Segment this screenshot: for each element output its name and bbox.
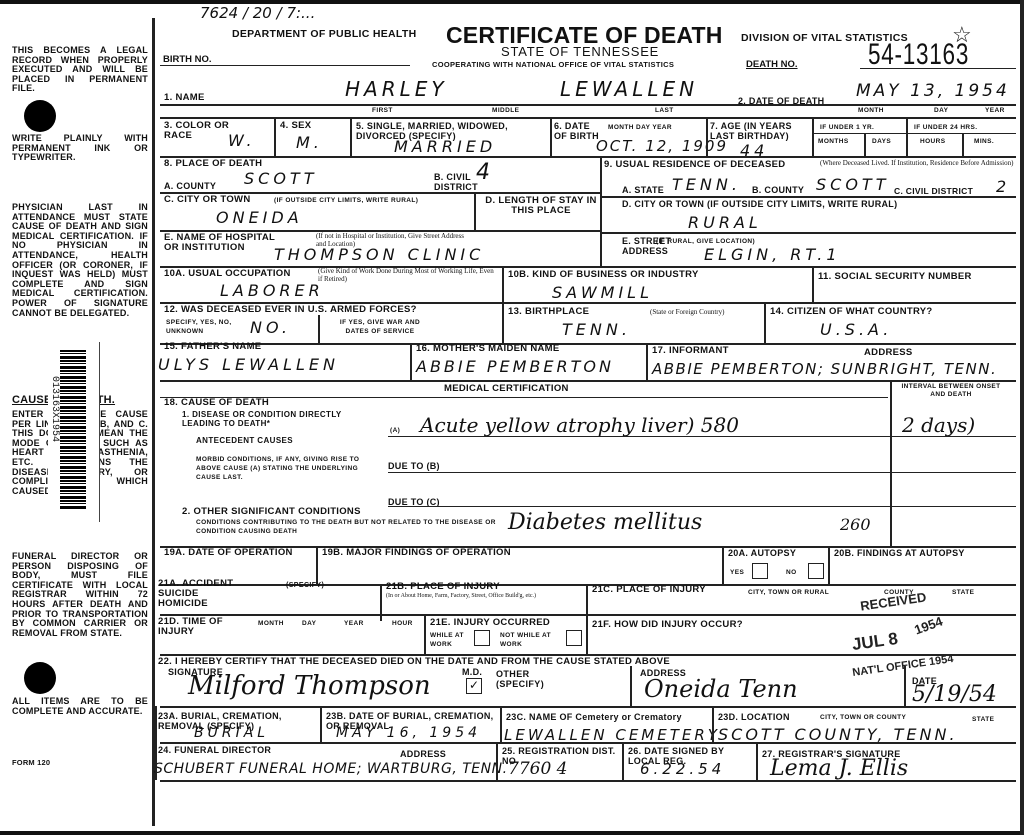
divider bbox=[622, 742, 624, 780]
funeral-director-value[interactable]: SCHUBERT FUNERAL HOME; WARTBURG, TENN. bbox=[154, 760, 508, 778]
mins-sublabel: MINS. bbox=[974, 138, 994, 145]
birthplace-value[interactable]: TENN. bbox=[562, 321, 631, 339]
while-at-work-checkbox[interactable] bbox=[474, 630, 490, 646]
informant-address-label: ADDRESS bbox=[864, 348, 913, 358]
armed-forces-label: 12. WAS DECEASED EVER IN U.S. ARMED FORC… bbox=[164, 305, 417, 315]
divider bbox=[350, 117, 352, 156]
registrar-signature[interactable]: Lema J. Ellis bbox=[770, 758, 908, 780]
divider bbox=[496, 742, 498, 780]
day-sublabel: DAY bbox=[934, 107, 948, 114]
mother-label: 16. MOTHER'S MAIDEN NAME bbox=[416, 344, 560, 354]
barcode-icon bbox=[60, 350, 86, 510]
name-last-value[interactable]: LEWALLEN bbox=[560, 80, 698, 98]
business-value[interactable]: SAWMILL bbox=[552, 284, 653, 302]
divider bbox=[812, 133, 1016, 134]
autopsy-findings-label: 20B. FINDINGS AT AUTOPSY bbox=[834, 548, 965, 558]
location-label: 23D. LOCATION bbox=[718, 712, 790, 722]
cause-a-value[interactable]: Acute yellow atrophy liver) 580 bbox=[420, 414, 739, 436]
place-of-death-label: 8. PLACE OF DEATH bbox=[164, 159, 262, 169]
divider bbox=[890, 380, 892, 546]
informant-value[interactable]: ABBIE PEMBERTON; SUNBRIGHT, TENN. bbox=[652, 360, 997, 378]
divider bbox=[860, 68, 1016, 69]
cause-of-death-label: 18. CAUSE OF DEATH bbox=[164, 398, 269, 408]
other-conditions-label: 2. OTHER SIGNIFICANT CONDITIONS bbox=[182, 507, 361, 517]
divider bbox=[712, 706, 714, 742]
age-label: 7. AGE (IN YEARS LAST BIRTHDAY) bbox=[710, 121, 810, 141]
divider bbox=[828, 546, 830, 584]
left-margin-instructions: THIS BECOMES A LEGAL RECORD WHEN PROPERL… bbox=[0, 0, 152, 835]
time-col-year: YEAR bbox=[344, 620, 364, 627]
hospital-value[interactable]: THOMPSON CLINIC bbox=[274, 246, 484, 264]
burial-date-value[interactable]: MAY 16, 1954 bbox=[336, 724, 481, 742]
medical-certification-heading: MEDICAL CERTIFICATION bbox=[444, 384, 569, 394]
days-sublabel: DAYS bbox=[872, 138, 891, 145]
middle-sublabel: MIDDLE bbox=[492, 107, 519, 114]
funeral-director-address-label: ADDRESS bbox=[400, 749, 446, 759]
divider bbox=[756, 742, 758, 780]
divider bbox=[502, 302, 504, 343]
cooperating-office: COOPERATING WITH NATIONAL OFFICE OF VITA… bbox=[432, 60, 674, 69]
divider bbox=[600, 156, 602, 266]
date-signed-value[interactable]: 6.22.54 bbox=[640, 760, 725, 778]
race-value[interactable]: W. bbox=[228, 132, 256, 150]
divider bbox=[160, 104, 1016, 106]
death-no-label: DEATH NO. bbox=[746, 59, 798, 70]
scan-top-edge bbox=[0, 0, 1024, 4]
sex-value[interactable]: M. bbox=[296, 134, 323, 152]
res-civil-district-label: C. CIVIL DISTRICT bbox=[894, 186, 973, 196]
res-state-label: A. STATE bbox=[622, 185, 664, 195]
pod-county-label: A. COUNTY bbox=[164, 181, 216, 191]
under-1yr-label: IF UNDER 1 YR. bbox=[820, 124, 874, 131]
pod-city-label: C. CITY OR TOWN bbox=[164, 195, 250, 205]
war-dates-label: IF YES, GIVE WAR AND DATES OF SERVICE bbox=[330, 318, 430, 336]
birthplace-label: 13. BIRTHPLACE bbox=[508, 307, 589, 317]
divider bbox=[316, 546, 318, 584]
cemetery-label: 23C. NAME OF Cemetery or Crematory bbox=[506, 712, 682, 722]
hospital-label: E. NAME OF HOSPITAL OR INSTITUTION bbox=[164, 233, 284, 253]
year-stamp: 1954 bbox=[912, 614, 944, 638]
not-while-at-work-checkbox[interactable] bbox=[566, 630, 582, 646]
form-number: FORM 120 bbox=[12, 758, 148, 768]
length-of-stay-label: D. LENGTH OF STAY IN THIS PLACE bbox=[482, 196, 600, 216]
scan-bottom-edge bbox=[0, 831, 1024, 835]
months-sublabel: MONTHS bbox=[818, 138, 849, 145]
divider bbox=[962, 133, 964, 156]
location-sublabel: CITY, TOWN OR COUNTY bbox=[820, 714, 906, 721]
usual-residence-note: (Where Deceased Lived. If Institution, R… bbox=[820, 160, 1016, 168]
state-name: STATE OF TENNESSEE bbox=[501, 44, 659, 59]
father-value[interactable]: ULYS LEWALLEN bbox=[158, 356, 339, 374]
divider bbox=[586, 614, 588, 654]
certify-statement: 22. I HEREBY CERTIFY THAT THE DECEASED D… bbox=[158, 657, 670, 667]
birthplace-note: (State or Foreign Country) bbox=[650, 309, 724, 317]
autopsy-no-label: NO bbox=[786, 569, 797, 576]
divider bbox=[500, 706, 502, 742]
month-sublabel: MONTH bbox=[858, 107, 884, 114]
divider bbox=[160, 343, 1016, 345]
autopsy-yes-label: YES bbox=[730, 569, 744, 576]
date-stamp: JUL 8 bbox=[851, 629, 899, 655]
first-sublabel: FIRST bbox=[372, 107, 393, 114]
note-physician: PHYSICIAN LAST IN ATTENDANCE MUST STATE … bbox=[12, 203, 148, 318]
divider bbox=[160, 397, 888, 398]
res-civil-district-value[interactable]: 2 bbox=[996, 178, 1010, 196]
while-at-work-label: WHILE AT WORK bbox=[430, 631, 470, 649]
operation-findings-label: 19B. MAJOR FINDINGS OF OPERATION bbox=[322, 548, 511, 558]
divider bbox=[646, 343, 648, 380]
other-conditions-note: CONDITIONS CONTRIBUTING TO THE DEATH BUT… bbox=[196, 518, 506, 536]
divider bbox=[274, 117, 276, 156]
certification-date[interactable]: 5/19/54 bbox=[912, 684, 997, 706]
other-conditions-code[interactable]: 260 bbox=[840, 514, 871, 536]
note-write-plainly: WRITE PLAINLY WITH PERMANENT INK OR TYPE… bbox=[12, 134, 148, 163]
time-col-month: MONTH bbox=[258, 620, 284, 627]
divider bbox=[502, 266, 504, 302]
burial-value[interactable]: BURIAL bbox=[194, 724, 269, 742]
pod-city-note: (IF OUTSIDE CITY LIMITS, WRITE RURAL) bbox=[274, 197, 418, 204]
not-while-at-work-label: NOT WHILE AT WORK bbox=[500, 631, 560, 649]
divider bbox=[155, 706, 157, 780]
punch-hole-icon bbox=[24, 100, 56, 132]
injury-place-label: 21B. PLACE OF INJURY bbox=[386, 582, 500, 592]
note-all-items: ALL ITEMS ARE TO BE COMPLETE AND ACCURAT… bbox=[12, 697, 148, 716]
divider bbox=[706, 117, 708, 156]
res-city-label: D. CITY OR TOWN (IF OUTSIDE CITY LIMITS,… bbox=[622, 199, 897, 209]
physician-address[interactable]: Oneida Tenn bbox=[644, 678, 798, 700]
res-state-value[interactable]: TENN. bbox=[672, 176, 741, 194]
md-checkbox[interactable]: ✓ bbox=[466, 678, 482, 694]
divider bbox=[600, 196, 1016, 198]
divider bbox=[722, 546, 724, 584]
citizen-label: 14. CITIZEN OF WHAT COUNTRY? bbox=[770, 307, 933, 317]
cause-a-label: (A) bbox=[390, 427, 400, 434]
injury-location-label: 21C. PLACE OF INJURY bbox=[592, 585, 706, 595]
res-county-value[interactable]: SCOTT bbox=[816, 176, 889, 194]
pod-city-value[interactable]: ONEIDA bbox=[216, 209, 303, 227]
divider bbox=[424, 614, 426, 654]
res-city-value[interactable]: RURAL bbox=[688, 214, 762, 232]
other-conditions-value[interactable]: Diabetes mellitus bbox=[508, 512, 702, 534]
location-state-label: STATE bbox=[972, 716, 994, 723]
time-col-hour: HOUR bbox=[392, 620, 413, 627]
usual-residence-label: 9. USUAL RESIDENCE OF DECEASED bbox=[604, 160, 785, 170]
informant-label: 17. INFORMANT bbox=[652, 346, 729, 356]
other-specify-label: OTHER (SPECIFY) bbox=[496, 669, 556, 689]
death-number: 54-13163 bbox=[868, 38, 969, 72]
divider bbox=[388, 436, 1016, 437]
injury-place-note: (In or About Home, Farm, Factory, Street… bbox=[386, 593, 536, 601]
direct-cause-label: 1. DISEASE OR CONDITION DIRECTLY LEADING… bbox=[182, 410, 352, 428]
divider bbox=[600, 232, 1016, 234]
birth-no-label: BIRTH NO. bbox=[163, 54, 212, 65]
race-label: 3. COLOR OR RACE bbox=[164, 121, 234, 141]
divider bbox=[320, 706, 322, 742]
physician-signature[interactable]: Milford Thompson bbox=[188, 675, 431, 697]
interval-label: INTERVAL BETWEEN ONSET AND DEATH bbox=[896, 383, 1006, 399]
divider bbox=[160, 742, 1016, 744]
marital-value[interactable]: MARRIED bbox=[394, 138, 496, 156]
mother-value[interactable]: ABBIE PEMBERTON bbox=[416, 358, 614, 376]
divider bbox=[764, 302, 766, 343]
state-label: STATE bbox=[952, 589, 974, 596]
year-sublabel: YEAR bbox=[985, 107, 1005, 114]
res-street-note: (IF RURAL, GIVE LOCATION) bbox=[656, 238, 755, 245]
autopsy-no-checkbox[interactable] bbox=[808, 563, 824, 579]
res-street-value[interactable]: ELGIN, RT.1 bbox=[704, 246, 841, 264]
divider bbox=[388, 472, 1016, 473]
department-name: DEPARTMENT OF PUBLIC HEALTH bbox=[232, 28, 416, 40]
divider bbox=[812, 266, 814, 302]
morbid-conditions-label: MORBID CONDITIONS, IF ANY, GIVING RISE T… bbox=[196, 455, 376, 482]
divider bbox=[550, 117, 552, 156]
date-of-death-value[interactable]: MAY 13, 1954 bbox=[856, 82, 1010, 100]
note-legal-record: THIS BECOMES A LEGAL RECORD WHEN PROPERL… bbox=[12, 46, 148, 94]
father-label: 15. FATHER'S NAME bbox=[164, 342, 261, 352]
autopsy-label: 20A. AUTOPSY bbox=[728, 548, 796, 558]
operation-date-label: 19A. DATE OF OPERATION bbox=[164, 548, 293, 558]
handwritten-file-number: 7624 / 20 / 7:... bbox=[200, 6, 315, 20]
accident-specify: (SPECIFY) bbox=[286, 582, 324, 589]
dob-value[interactable]: OCT. 12, 1909 bbox=[596, 137, 728, 155]
divider bbox=[864, 133, 866, 156]
divider bbox=[160, 117, 1016, 119]
md-label: M.D. bbox=[462, 667, 482, 677]
margin-divider bbox=[152, 18, 155, 826]
occupation-value[interactable]: LABORER bbox=[220, 282, 324, 300]
divider bbox=[160, 706, 1016, 708]
name-first-value[interactable]: HARLEY bbox=[345, 80, 448, 98]
business-label: 10B. KIND OF BUSINESS OR INDUSTRY bbox=[508, 270, 699, 280]
occupation-label: 10A. USUAL OCCUPATION bbox=[164, 269, 291, 279]
office-stamp: NAT'L OFFICE 1954 bbox=[852, 653, 955, 679]
antecedent-label: ANTECEDENT CAUSES bbox=[196, 437, 293, 444]
cause-a-interval[interactable]: 2 days) bbox=[902, 414, 975, 436]
punch-hole-icon bbox=[24, 662, 56, 694]
due-to-b-label: DUE TO (B) bbox=[388, 461, 440, 471]
divider bbox=[906, 117, 908, 156]
registration-district-value[interactable]: 7760 4 bbox=[508, 758, 567, 780]
divider bbox=[160, 380, 1016, 382]
last-sublabel: LAST bbox=[655, 107, 674, 114]
received-stamp: RECEIVED bbox=[859, 589, 927, 613]
sex-label: 4. SEX bbox=[280, 121, 311, 131]
res-county-label: B. COUNTY bbox=[752, 185, 804, 195]
accident-label: 21A. ACCIDENT SUICIDE HOMICIDE bbox=[158, 579, 248, 609]
divider bbox=[160, 614, 1016, 616]
pod-county-value[interactable]: SCOTT bbox=[244, 170, 317, 188]
armed-forces-value[interactable]: NO. bbox=[250, 319, 291, 337]
divider bbox=[160, 65, 410, 66]
dob-sublabel: MONTH DAY YEAR bbox=[608, 124, 672, 131]
divider bbox=[474, 192, 476, 230]
divider bbox=[904, 666, 906, 706]
under-24hrs-label: IF UNDER 24 HRS. bbox=[914, 124, 977, 131]
note-funeral-director: FUNERAL DIRECTOR OR PERSON DISPOSING OF … bbox=[12, 552, 148, 638]
divider bbox=[630, 666, 632, 706]
name-label: 1. NAME bbox=[164, 93, 205, 103]
occupation-note: (Give Kind of Work Done During Most of W… bbox=[318, 268, 498, 283]
divider bbox=[410, 343, 412, 380]
citizen-value[interactable]: U.S.A. bbox=[820, 321, 892, 339]
time-col-day: DAY bbox=[302, 620, 316, 627]
divider bbox=[812, 117, 814, 156]
how-injury-occurred-label: 21F. HOW DID INJURY OCCUR? bbox=[592, 620, 743, 630]
hours-sublabel: HOURS bbox=[920, 138, 945, 145]
injury-occurred-label: 21E. INJURY OCCURRED bbox=[430, 618, 550, 628]
city-town-rural-label: CITY, TOWN OR RURAL bbox=[748, 589, 829, 596]
scan-right-edge bbox=[1020, 0, 1024, 835]
dob-label: 6. DATE OF BIRTH bbox=[554, 121, 600, 141]
barcode-number: 013163X1954 bbox=[49, 376, 60, 476]
funeral-director-label: 24. FUNERAL DIRECTOR bbox=[158, 745, 271, 755]
time-of-injury-label: 21D. TIME OF INJURY bbox=[158, 617, 228, 637]
divider bbox=[388, 506, 1016, 507]
autopsy-yes-checkbox[interactable] bbox=[752, 563, 768, 579]
pod-civil-district-value[interactable]: 4 bbox=[476, 164, 494, 182]
divider bbox=[318, 315, 320, 343]
divider bbox=[160, 780, 1016, 782]
divider bbox=[160, 156, 1016, 158]
ssn-label: 11. SOCIAL SECURITY NUMBER bbox=[818, 272, 972, 282]
